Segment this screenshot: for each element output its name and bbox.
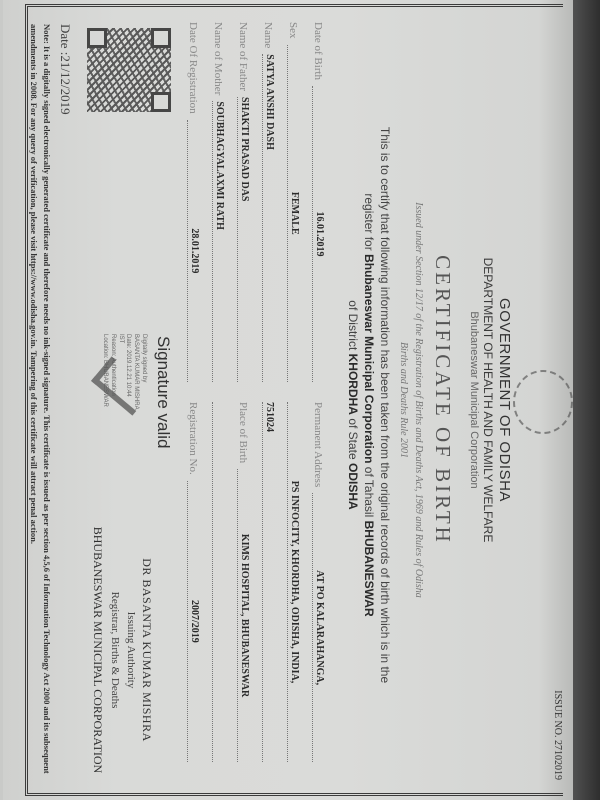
signature-status: Signature valid (153, 336, 173, 448)
issuing-authority: DR BASANTA KUMAR MISHRA Issuing Authorit… (88, 520, 155, 780)
dor-value: 28.01.2019 (187, 120, 200, 382)
dor-label: Date Of Registration (187, 22, 199, 114)
state-value: ODISHA (346, 463, 360, 510)
department-heading: DEPARTMENT OF HEALTH AND FAMILY WELFARE (481, 0, 495, 800)
field-row: Date of Birth16.01.2019 Permanent Addres… (312, 22, 337, 782)
authority-org: BHUBANESWAR MUNICIPAL CORPORATION (88, 520, 105, 780)
state-label: of State (346, 418, 360, 459)
qr-code-icon (87, 28, 171, 112)
register-label: register for (362, 193, 376, 250)
issued-under-text: Issued under Section 12/17 of the Regist… (396, 0, 425, 800)
legal-note: Note: It is a digitally signed electroni… (28, 24, 54, 778)
intro-text: This is to certify that following inform… (378, 127, 392, 683)
district-value: KHORDHA (346, 354, 360, 415)
tahasil-value: BHUBANESWAR (362, 521, 376, 617)
district-label: of District (346, 300, 360, 350)
address-line-3: 751024 (262, 402, 275, 762)
regno-value: 2007/2019 (187, 481, 200, 762)
issued-under-line-2: Births and Deaths Rule 2001 (396, 0, 411, 800)
field-row: Date Of Registration28.01.2019 Registrat… (187, 22, 212, 782)
field-row: Name of MotherSOUBHAGYALAXMI RATH (212, 22, 237, 782)
address-line-2: PS INFOCITY, KHORDHA, ODISHA, INDIA, (287, 402, 300, 762)
register-name: Bhubaneswar Municipal Corporation (362, 254, 376, 463)
sex-value: FEMALE (287, 45, 300, 383)
father-label: Name of Father (237, 22, 249, 91)
name-label: Name (262, 22, 274, 48)
certificate-fields: Date of Birth16.01.2019 Permanent Addres… (187, 22, 337, 782)
regno-label: Registration No. (187, 402, 199, 475)
field-row: Name of FatherSHAKTI PRASAD DAS Place of… (237, 22, 262, 782)
certificate-title: CERTIFICATE OF BIRTH (430, 0, 455, 800)
birth-certificate: ISSUE NO. 27102019 GOVERNMENT OF ODISHA … (3, 0, 573, 800)
pob-value: KIMS HOSPITAL, BHUBANESWAR (237, 469, 250, 762)
dob-value: 16.01.2019 (312, 86, 325, 382)
digital-signature: Digitally signed by BASANTA KUMAR MISHRA… (93, 330, 173, 470)
sex-label: Sex (287, 22, 299, 39)
field-row: NameSATYA ANSHI DASH 751024 (262, 22, 287, 782)
certification-statement: This is to certify that following inform… (344, 40, 393, 770)
authority-name: DR BASANTA KUMAR MISHRA (138, 520, 155, 780)
dob-label: Date of Birth (312, 22, 324, 80)
address-line-1: AT PO KALARAHANGA, (312, 493, 325, 762)
mother-value: SOUBHAGYALAXMI RATH (212, 101, 225, 382)
field-row: SexFEMALE PS INFOCITY, KHORDHA, ODISHA, … (287, 22, 312, 782)
authority-title: Registrar, Births & Deaths (106, 520, 122, 780)
state-emblem-icon (513, 370, 573, 434)
corporation-heading: Bhubaneswar Municipal Corporation (468, 0, 480, 800)
issued-under-line-1: Issued under Section 12/17 of the Regist… (411, 0, 426, 800)
father-value: SHAKTI PRASAD DAS (237, 97, 250, 382)
issue-date: Date :21/12/2019 (57, 24, 73, 115)
government-heading: GOVERNMENT OF ODISHA (496, 0, 513, 800)
name-value: SATYA ANSHI DASH (262, 54, 275, 382)
address-blank (212, 402, 225, 762)
authority-role: Issuing Authority (122, 520, 138, 780)
issue-serial: ISSUE NO. 27102019 (552, 690, 563, 780)
mother-label: Name of Mother (212, 22, 224, 95)
tahasil-label: of Tahasil (362, 467, 376, 517)
pob-label: Place of Birth (237, 402, 249, 463)
address-label: Permanent Address (312, 402, 324, 487)
